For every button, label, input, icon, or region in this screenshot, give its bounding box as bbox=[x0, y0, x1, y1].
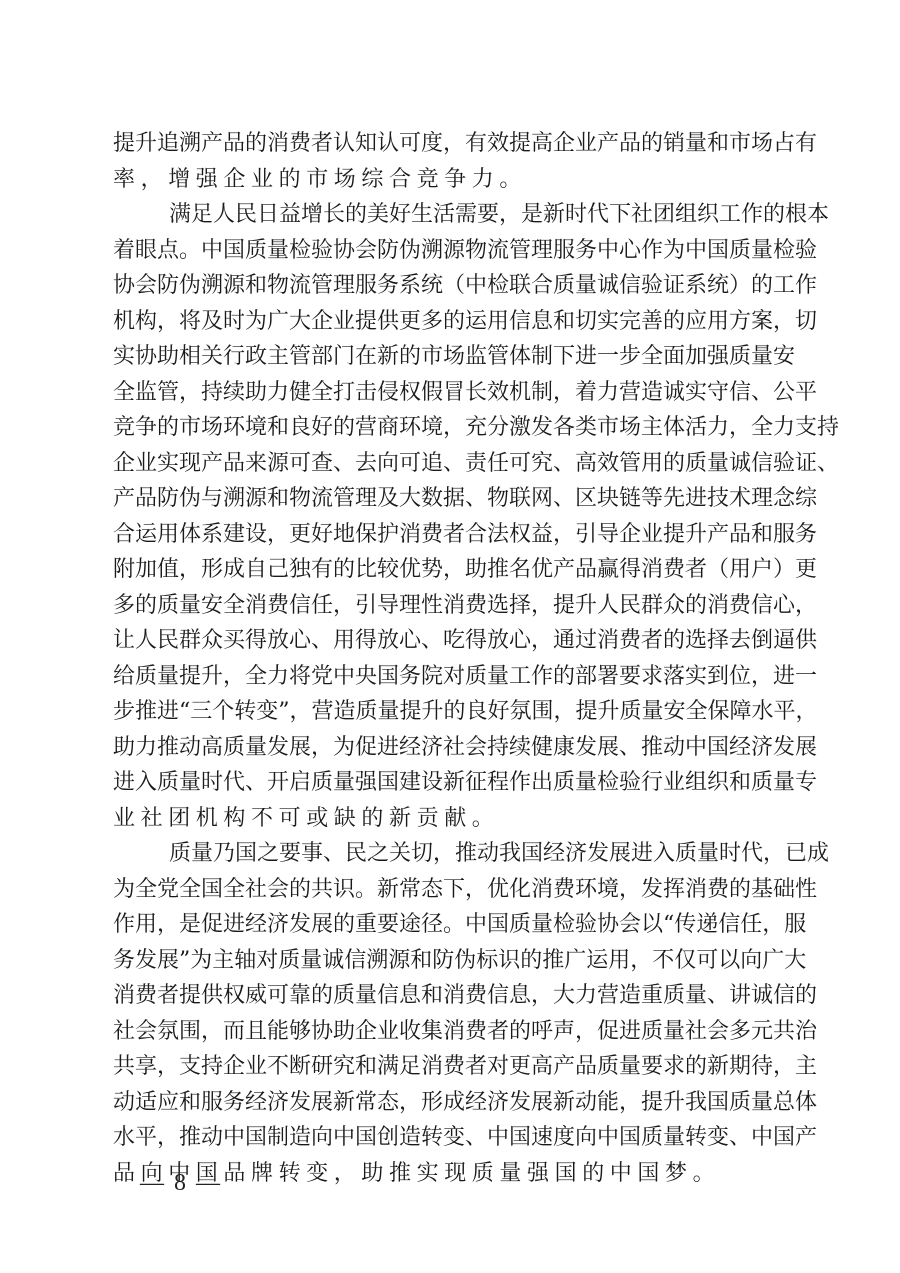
page-number: — 8 — bbox=[140, 1170, 222, 1197]
text-line: 共享，支持企业不断研究和满足消费者对更高产品质量要求的新期待，主 bbox=[113, 1049, 793, 1085]
text-line: 产品防伪与溯源和物流管理及大数据、物联网、区块链等先进技术理念综 bbox=[113, 481, 793, 517]
text-line: 机构，将及时为广大企业提供更多的运用信息和切实完善的应用方案，切 bbox=[113, 304, 793, 340]
text-line: 着眼点。中国质量检验协会防伪溯源物流管理服务中心作为中国质量检验 bbox=[113, 233, 793, 269]
text-line: 质量乃国之要事、民之关切，推动我国经济发展进入质量时代，已成 bbox=[113, 836, 793, 872]
text-line: 附加值，形成自己独有的比较优势，助推名优产品赢得消费者（用户）更 bbox=[113, 552, 793, 588]
text-line: 实协助相关行政主管部门在新的市场监管体制下进一步全面加强质量安 bbox=[113, 339, 793, 375]
text-line: 合运用体系建设，更好地保护消费者合法权益，引导企业提升产品和服务 bbox=[113, 517, 793, 553]
text-line: 动适应和服务经济发展新常态，形成经济发展新动能，提升我国质量总体 bbox=[113, 1085, 793, 1121]
text-line: 让人民群众买得放心、用得放心、吃得放心，通过消费者的选择去倒逼供 bbox=[113, 623, 793, 659]
text-line: 社会氛围，而且能够协助企业收集消费者的呼声，促进质量社会多元共治 bbox=[113, 1014, 793, 1050]
text-line: 全监管，持续助力健全打击侵权假冒长效机制，着力营造诚实守信、公平 bbox=[113, 375, 793, 411]
text-line: 给质量提升，全力将党中央国务院对质量工作的部署要求落实到位，进一 bbox=[113, 659, 793, 695]
text-line: 消费者提供权威可靠的质量信息和消费信息，大力营造重质量、讲诚信的 bbox=[113, 978, 793, 1014]
text-line: 满足人民日益增长的美好生活需要，是新时代下社团组织工作的根本 bbox=[113, 197, 793, 233]
text-line: 务发展”为主轴对质量诚信溯源和防伪标识的推广运用，不仅可以向广大 bbox=[113, 943, 793, 979]
text-line: 多的质量安全消费信任，引导理性消费选择，提升人民群众的消费信心， bbox=[113, 588, 793, 624]
text-line: 协会防伪溯源和物流管理服务系统（中检联合质量诚信验证系统）的工作 bbox=[113, 268, 793, 304]
text-line: 作用，是促进经济发展的重要途径。中国质量检验协会以“传递信任，服 bbox=[113, 907, 793, 943]
body-text: 提升追溯产品的消费者认知认可度，有效提高企业产品的销量和市场占有 率，增强企业的… bbox=[113, 126, 793, 1191]
text-line: 竞争的市场环境和良好的营商环境，充分激发各类市场主体活力，全力支持 bbox=[113, 410, 793, 446]
text-line: 步推进“三个转变”，营造质量提升的良好氛围，提升质量安全保障水平， bbox=[113, 694, 793, 730]
document-page: 提升追溯产品的消费者认知认可度，有效提高企业产品的销量和市场占有 率，增强企业的… bbox=[0, 0, 900, 1273]
text-line: 提升追溯产品的消费者认知认可度，有效提高企业产品的销量和市场占有 bbox=[113, 126, 793, 162]
text-line: 业社团机构不可或缺的新贡献。 bbox=[113, 801, 793, 837]
text-line: 企业实现产品来源可查、去向可追、责任可究、高效管用的质量诚信验证、 bbox=[113, 446, 793, 482]
text-line: 水平，推动中国制造向中国创造转变、中国速度向中国质量转变、中国产 bbox=[113, 1120, 793, 1156]
text-line: 进入质量时代、开启质量强国建设新征程作出质量检验行业组织和质量专 bbox=[113, 765, 793, 801]
text-line: 率，增强企业的市场综合竞争力。 bbox=[113, 162, 793, 198]
text-line: 为全党全国全社会的共识。新常态下，优化消费环境，发挥消费的基础性 bbox=[113, 872, 793, 908]
text-line: 助力推动高质量发展，为促进经济社会持续健康发展、推动中国经济发展 bbox=[113, 730, 793, 766]
